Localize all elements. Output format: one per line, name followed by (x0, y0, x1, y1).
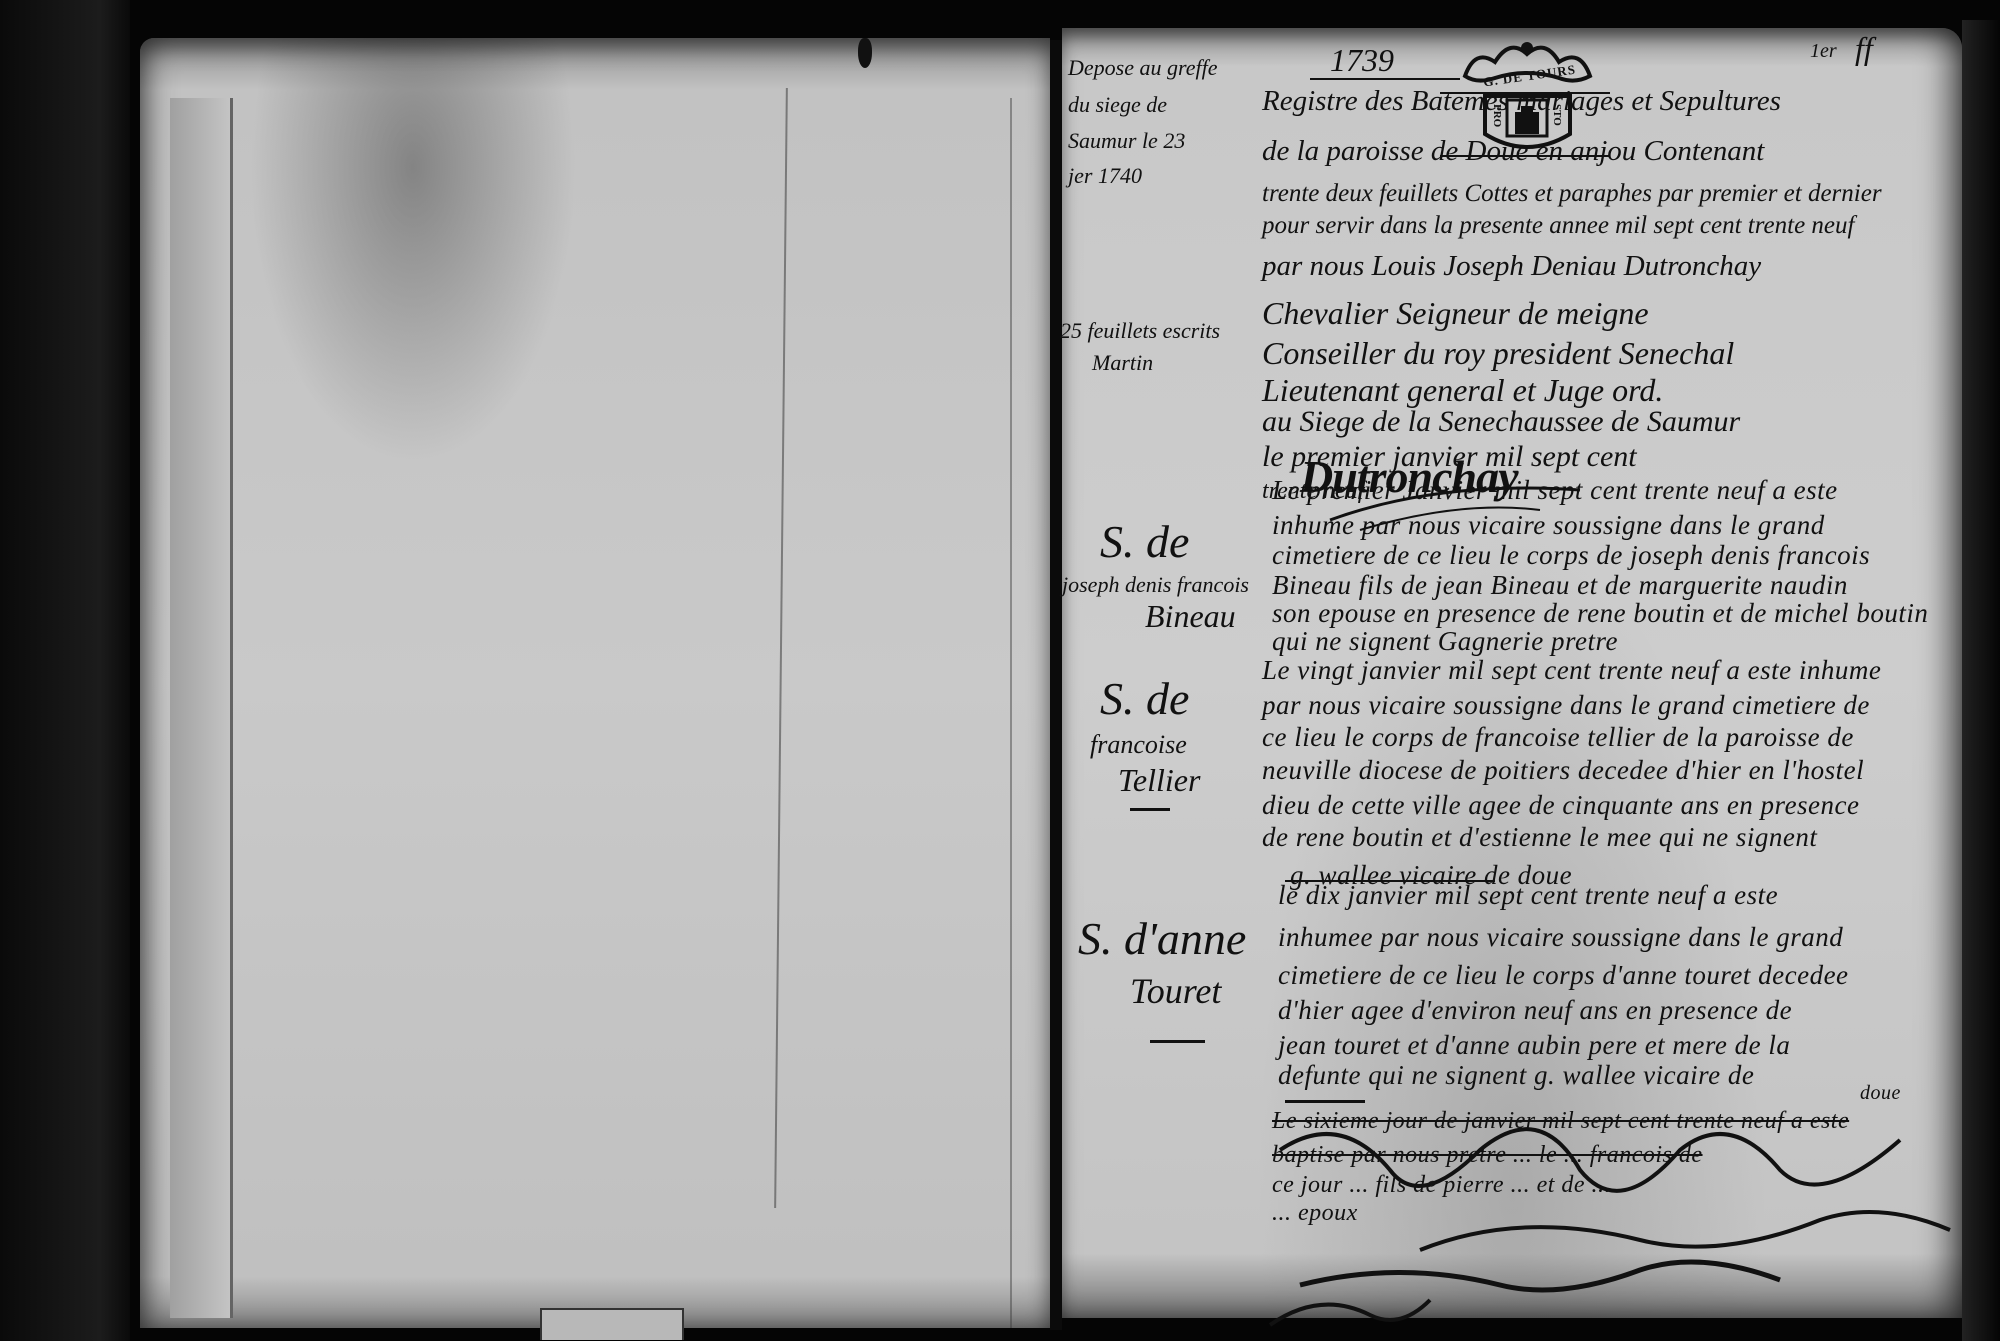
title-line: de la paroisse de Doue en anjou Contenan… (1262, 135, 1764, 168)
folio-number: 1er (1810, 40, 1837, 63)
margin-note-line: Saumur le 23 (1068, 128, 1185, 154)
burial-margin-surname: Touret (1130, 970, 1221, 1012)
entry-line: dieu de cette ville agee de cinquante an… (1262, 790, 1860, 821)
burial-margin-marker: S. d'anne (1078, 912, 1246, 965)
entry-line: par nous vicaire soussigne dans le grand… (1262, 690, 1870, 721)
entry-line: inhume par nous vicaire soussigne dans l… (1272, 510, 1825, 541)
underline (1310, 78, 1460, 80)
entry-line: neuville diocese de poitiers decedee d'h… (1262, 755, 1864, 786)
entry-line: inhumee par nous vicaire soussigne dans … (1278, 922, 1843, 953)
title-line: par nous Louis Joseph Deniau Dutronchay (1262, 250, 1761, 283)
entry-line: jean touret et d'anne aubin pere et mere… (1278, 1030, 1790, 1061)
entry-line: d'hier agee d'environ neuf ans en presen… (1278, 995, 1792, 1026)
folio-mark: ff (1855, 30, 1873, 67)
entry-line: defunte qui ne signent g. wallee vicaire… (1278, 1060, 1754, 1091)
burial-margin-name: joseph denis francois (1062, 572, 1249, 598)
burial-margin-name: francoise (1090, 730, 1187, 760)
margin-note-line: Depose au greffe (1068, 55, 1217, 81)
margin-note-line: du siege de (1068, 92, 1167, 118)
paper-crease (1010, 98, 1012, 1328)
entry-line: ce lieu le corps de francoise tellier de… (1262, 722, 1854, 753)
title-line: Registre des Batemes mariages et Sepultu… (1262, 85, 1781, 118)
entry-line: Le premier Janvier mil sept cent trente … (1272, 475, 1838, 506)
margin-note-signature: Martin (1092, 350, 1153, 376)
title-line: Lieutenant general et Juge ord. (1262, 372, 1663, 409)
title-line: trente deux feuillets Cottes et paraphes… (1262, 180, 1882, 208)
paper-crease (774, 88, 788, 1208)
register-year: 1739 (1330, 42, 1394, 79)
entry-line: cimetiere de ce lieu le corps d'anne tou… (1278, 960, 1849, 991)
cancellation-scribble-icon (1260, 1110, 1960, 1340)
ink-blot (858, 38, 872, 68)
entry-line: qui ne signent Gagnerie pretre (1272, 626, 1618, 657)
page-edge-shadow (1962, 20, 2000, 1341)
entry-line: cimetiere de ce lieu le corps de joseph … (1272, 540, 1870, 571)
entry-line: doue (1860, 1082, 1901, 1105)
entry-line: Le vingt janvier mil sept cent trente ne… (1262, 655, 1881, 686)
entry-separator (1285, 1100, 1365, 1103)
title-line: Conseiller du roy president Senechal (1262, 335, 1734, 372)
title-line: Chevalier Seigneur de meigne (1262, 295, 1649, 332)
binding-gutter (1050, 40, 1062, 1330)
left-page-blank (140, 38, 1050, 1328)
margin-note-line: jer 1740 (1068, 163, 1142, 189)
margin-note-leaves: 25 feuillets escrits (1060, 318, 1220, 344)
entry-line: Bineau fils de jean Bineau et de marguer… (1272, 570, 1848, 601)
margin-dash (1150, 1040, 1205, 1043)
paper-tear (540, 1308, 684, 1340)
entry-line: son epouse en presence de rene boutin et… (1272, 598, 1928, 629)
burial-margin-marker: S. de (1100, 515, 1189, 568)
title-line: pour servir dans la presente annee mil s… (1262, 212, 1854, 240)
entry-line: le dix janvier mil sept cent trente neuf… (1278, 880, 1778, 911)
margin-dash (1130, 808, 1170, 811)
entry-line: de rene boutin et d'estienne le mee qui … (1262, 822, 1817, 853)
title-line: au Siege de la Senechaussee de Saumur (1262, 405, 1740, 439)
burial-margin-marker: S. de (1100, 672, 1189, 725)
page-fold-edge (170, 98, 233, 1318)
burial-margin-surname: Tellier (1118, 762, 1200, 799)
burial-margin-surname: Bineau (1145, 598, 1236, 635)
